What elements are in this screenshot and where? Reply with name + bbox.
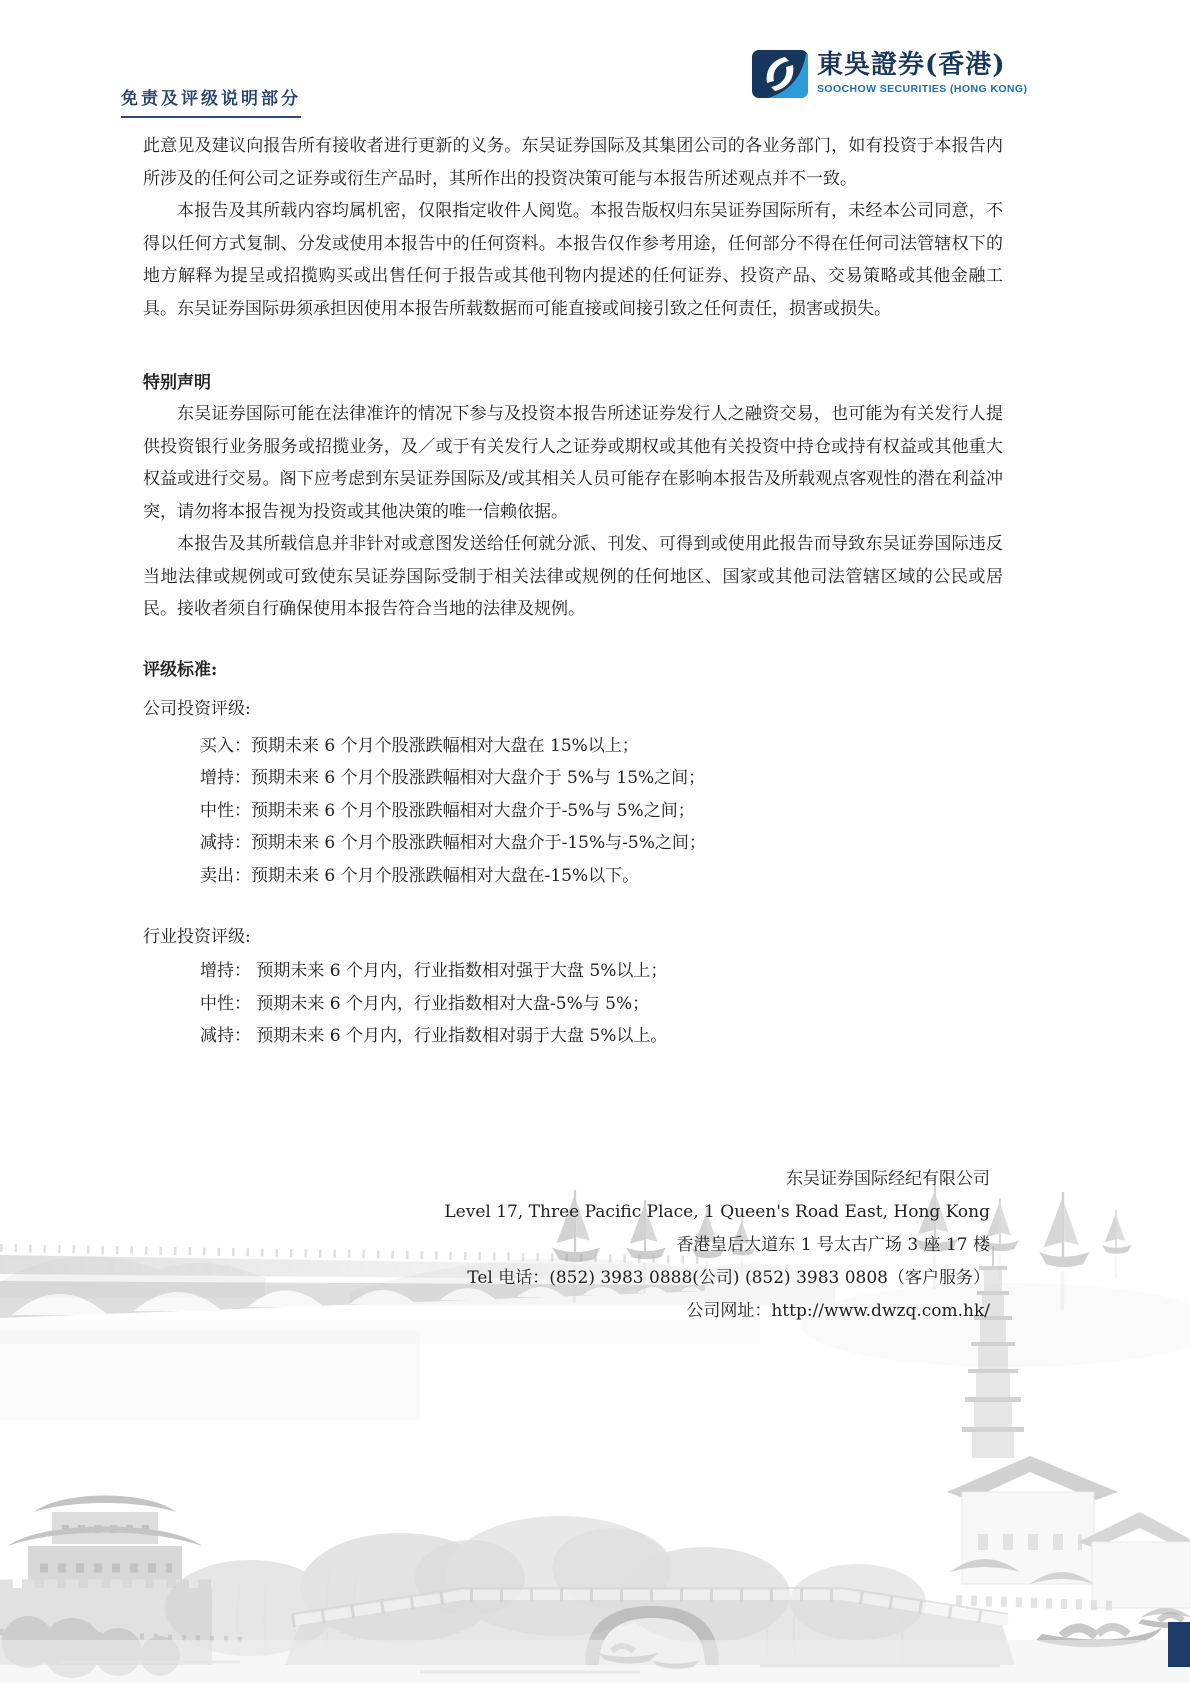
special-statement-paragraph-1: 东吴证券国际可能在法律准许的情况下参与及投资本报告所述证券发行人之融资交易，也可… [143,398,1003,528]
contact-footer: 东吴证券国际经纪有限公司 Level 17, Three Pacific Pla… [143,1163,990,1328]
corner-accent-block [1168,1622,1190,1667]
disclaimer-body: 此意见及建议向报告所有接收者进行更新的义务。东吴证券国际及其集团公司的各业务部门… [143,130,1003,1053]
disclaimer-paragraph-1: 此意见及建议向报告所有接收者进行更新的义务。东吴证券国际及其集团公司的各业务部门… [143,130,1003,195]
footer-telephone: Tel 电话：(852) 3983 0888(公司) (852) 3983 08… [143,1262,990,1295]
special-statement-paragraph-2: 本报告及其所载信息并非针对或意图发送给任何就分派、刊发、可得到或使用此报告而导致… [143,528,1003,626]
bushes [0,1616,250,1678]
gate-tower [0,1496,212,1666]
special-statement-heading: 特别声明 [143,372,1003,394]
section-title: 免责及评级说明部分 [121,84,301,118]
logo-name-cn: 東吳證券(香港) [817,50,1027,80]
trees [165,1516,926,1660]
footer-address-en: Level 17, Three Pacific Place, 1 Queen's… [143,1196,990,1229]
document-page: 免责及评级说明部分 東吳證券(香港) SOOCHOW SECURITIES (H… [0,0,1190,1683]
footer-address-cn: 香港皇后大道东 1 号太古广场 3 座 17 楼 [143,1229,990,1262]
footer-website: 公司网址：http://www.dwzq.com.hk/ [143,1295,990,1328]
boats [598,1615,1190,1669]
rating-item-buy: 买入：预期未来 6 个月个股涨跌幅相对大盘在 15%以上； [200,730,1003,763]
industry-rating-list: 增持： 预期未来 6 个月内，行业指数相对强于大盘 5%以上； 中性： 预期未来… [143,955,1003,1053]
rating-item-neutral: 中性：预期未来 6 个月个股涨跌幅相对大盘介于-5%与 5%之间； [200,795,1003,828]
houses [947,1456,1190,1618]
industry-item-accumulate: 增持： 预期未来 6 个月内，行业指数相对强于大盘 5%以上； [200,955,1003,988]
industry-rating-label: 行业投资评级: [143,926,1003,948]
rating-heading: 评级标准: [143,659,1003,681]
disclaimer-paragraph-2: 本报告及其所载内容均属机密，仅限指定收件人阅览。本报告版权归东吴证券国际所有，未… [143,195,1003,325]
industry-item-reduce: 减持： 预期未来 6 个月内，行业指数相对弱于大盘 5%以上。 [200,1020,1003,1053]
logo-name-en: SOOCHOW SECURITIES (HONG KONG) [817,83,1027,95]
stone-bridge [285,1588,1015,1665]
rating-item-accumulate: 增持：预期未来 6 个月个股涨跌幅相对大盘介于 5%与 15%之间； [200,762,1003,795]
footer-company-name: 东吴证券国际经纪有限公司 [143,1163,990,1196]
industry-item-neutral: 中性： 预期未来 6 个月内，行业指数相对大盘-5%与 5%； [200,988,1003,1021]
rating-item-sell: 卖出：预期未来 6 个月个股涨跌幅相对大盘在-15%以下。 [200,860,1003,893]
soochow-logo-icon [752,50,808,98]
company-logo: 東吳證券(香港) SOOCHOW SECURITIES (HONG KONG) [752,50,1027,98]
rating-item-reduce: 减持：预期未来 6 个月个股涨跌幅相对大盘介于-15%与-5%之间； [200,827,1003,860]
company-rating-list: 买入：预期未来 6 个月个股涨跌幅相对大盘在 15%以上； 增持：预期未来 6 … [143,730,1003,893]
water [0,1330,1190,1683]
company-rating-label: 公司投资评级: [143,698,1003,720]
